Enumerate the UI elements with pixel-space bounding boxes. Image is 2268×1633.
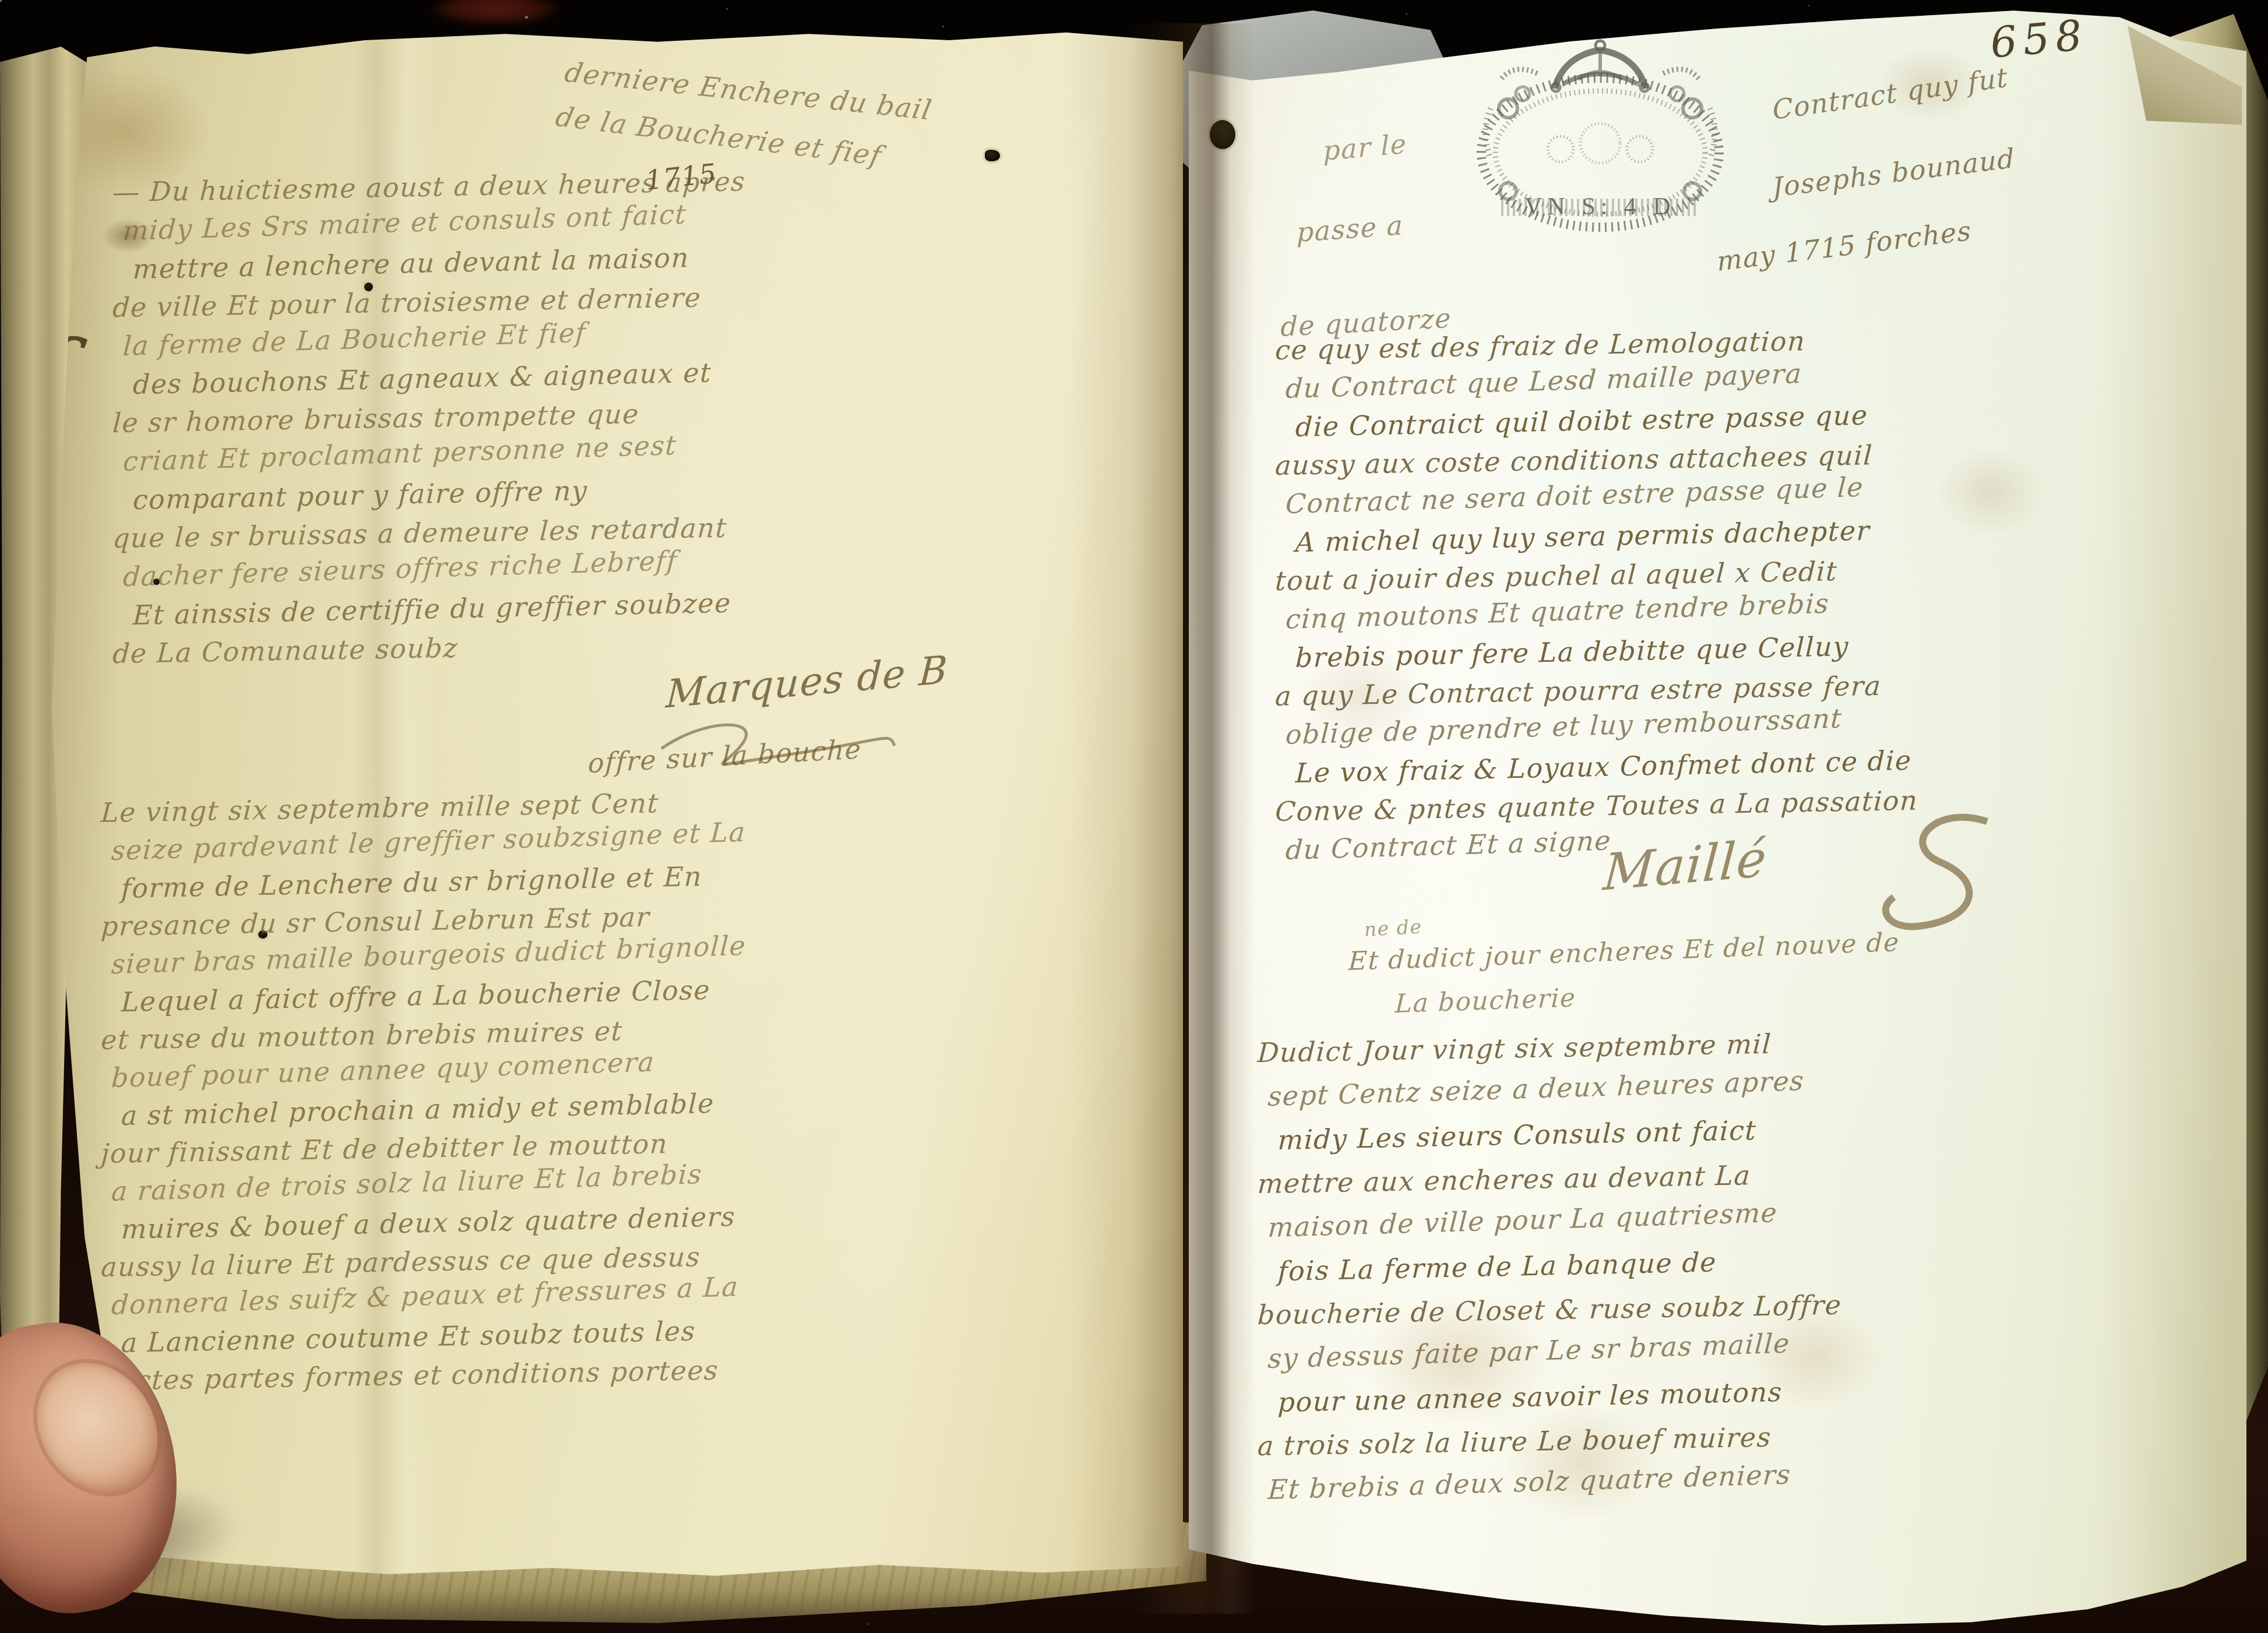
section-heading-line: La boucherie [1394,983,1576,1019]
contract-entry-text: ce quy est des fraiz de Lemologationdu C… [1276,331,1919,869]
worm-hole [1210,120,1235,149]
section-heading-line: Et dudict jour encheres Et del nouve de [1348,927,1900,976]
dust-specks [0,0,2,2]
stamp-crown [1501,41,1699,91]
folio-number: 658 [1988,10,2090,67]
fox-stain [1935,449,2045,536]
fiscal-stamp: VN S: 4 D [1467,38,1735,234]
photo-scene: derniere Enchere du bail de la Boucherie… [0,0,2268,1633]
auction-entry-text: — Du huictiesme aoust a deux heures apre… [114,173,746,673]
offer-entry-text: Le vingt six septembre mille sept Centse… [102,794,748,1400]
manuscript-fragment: Josephs bounaud [1772,142,2016,203]
manuscript-fragment: passe a [1297,209,1403,248]
manuscript-fragment: par le [1323,128,1407,167]
left-page: derniere Enchere du bail de la Boucherie… [15,26,1183,1579]
manuscript-fragment: Contract quy fut [1772,61,2009,126]
book-cover-sliver [428,0,562,26]
offer-heading: offre sur la bouche [587,733,862,779]
second-auction-entry-text: Dudict Jour vingt six septembre milsept … [1259,1031,1843,1512]
stamp-denomination: VN S: 4 D [1524,193,1676,220]
ink-spot [985,150,1000,161]
right-page: 658 [1189,6,2246,1625]
manuscript-fragment: may 1715 forches [1716,214,1973,277]
interline-note: ne de [1364,915,1422,941]
